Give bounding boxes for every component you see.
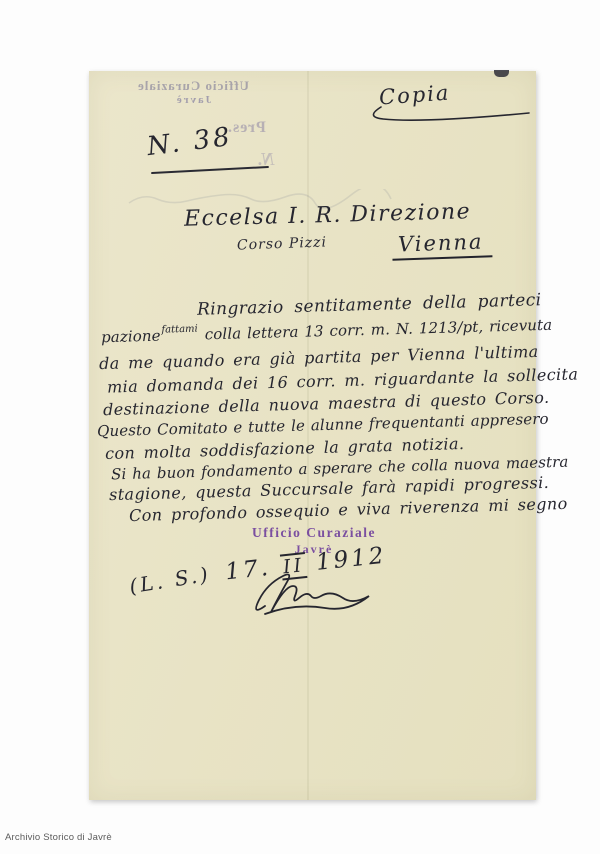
- office-stamp-line1: Ufficio Curaziale: [204, 525, 424, 541]
- bleedthrough-stamp-line2: Javrè: [137, 93, 249, 108]
- body-line-2: pazionefattami colla lettera 13 corr. m.…: [101, 316, 553, 347]
- letter-number: N. 38: [145, 122, 234, 162]
- body-line-2-insertion: fattami: [161, 324, 198, 336]
- signature-flourish-icon: [235, 568, 375, 626]
- bleedthrough-pres-stamp: Pres.: [227, 119, 266, 137]
- signature-scribble: [235, 568, 375, 630]
- bleedthrough-stamp-line1: Ufficio Curaziale: [137, 78, 249, 93]
- archive-watermark: Archivio Storico di Javrè: [5, 832, 112, 843]
- document-paper: Ufficio Curaziale Javrè Pres. N. Copia N…: [89, 71, 536, 800]
- recipient-course-line: Corso Pizzi: [237, 234, 328, 253]
- seal-mark: (L. S.): [128, 562, 213, 599]
- body-line-2-rest: colla lettera 13 corr. m. N. 1213/pt, ri…: [205, 316, 553, 344]
- bleedthrough-office-stamp: Ufficio Curaziale Javrè: [137, 78, 249, 108]
- copy-underline-flourish: [361, 101, 531, 125]
- letter-number-underline: [151, 166, 269, 174]
- fold-crease: [307, 71, 309, 800]
- ink-blot-top-edge: [494, 70, 509, 77]
- scan-background: Ufficio Curaziale Javrè Pres. N. Copia N…: [0, 0, 600, 854]
- body-line-2-start: pazione: [101, 327, 161, 347]
- body-line-1: Ringrazio sentitamente della parteci: [197, 290, 542, 320]
- recipient-city: Vienna: [392, 229, 492, 260]
